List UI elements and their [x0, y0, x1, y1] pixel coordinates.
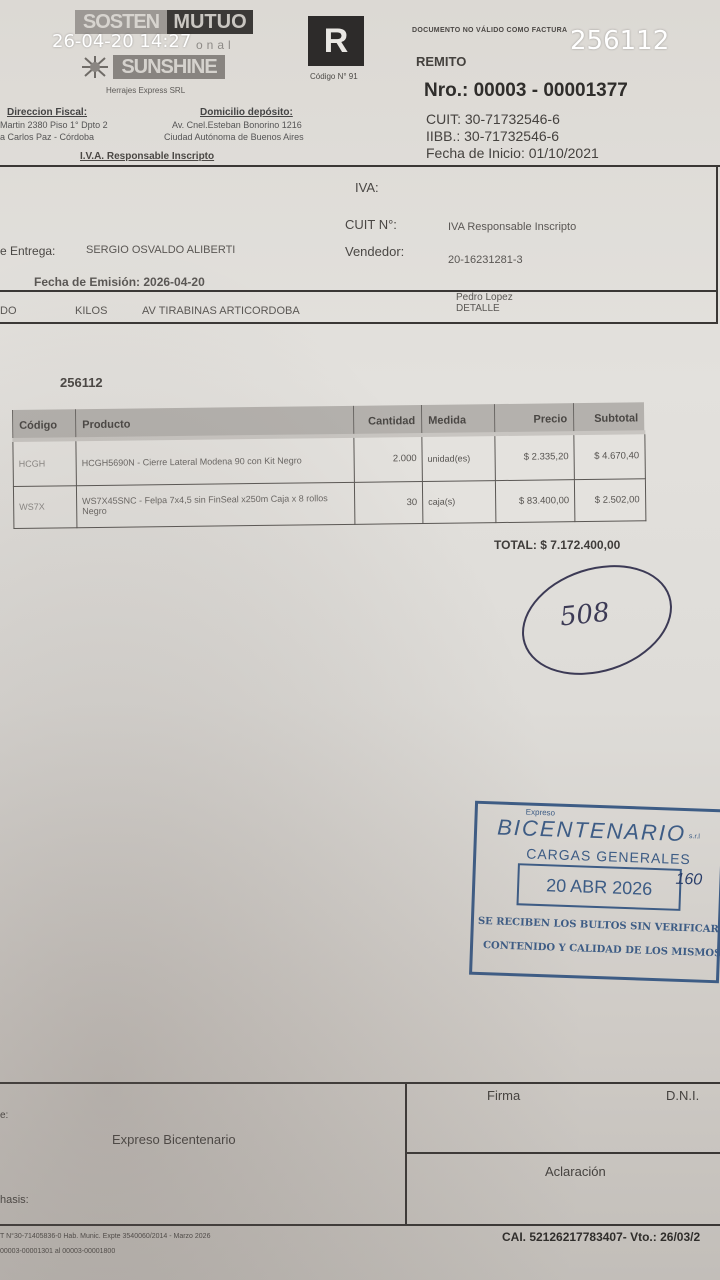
legal-line1: T N°30-71405836-0 Hab. Munic. Expte 3540…: [0, 1233, 210, 1240]
seller-value: 20-16231281-3: [448, 254, 523, 266]
header-subtotal: Subtotal: [573, 402, 644, 433]
cuit-label: CUIT N°:: [345, 217, 397, 232]
header-quantity: Cantidad: [353, 405, 421, 436]
item-quantity: 2.000: [354, 435, 423, 482]
header-unit: Medida: [421, 404, 494, 435]
reference-number: 256112: [60, 375, 103, 390]
carrier-stamp: Expreso BICENTENARIO s.r.l CARGAS GENERA…: [469, 801, 720, 984]
document-letter: R: [308, 16, 364, 66]
company-iibb: IIBB.: 30-71732546-6: [426, 128, 559, 144]
fiscal-address-line2: a Carlos Paz - Córdoba: [0, 132, 94, 142]
item-subtotal: $ 4.670,40: [574, 432, 645, 479]
stamp-date: 20 ABR 2026: [516, 863, 681, 911]
item-quantity: 30: [354, 481, 423, 524]
dni-label: D.N.I.: [666, 1088, 699, 1103]
handwritten-note: 508: [559, 597, 612, 632]
seller-name: Pedro Lopez: [456, 292, 513, 303]
table-row: WS7X WS7X45SNC - Felpa 7x4,5 sin FinSeal…: [13, 478, 645, 528]
clarification-label: Aclaración: [545, 1164, 606, 1179]
deposit-address-label: Domicilio depósito:: [200, 107, 293, 118]
divider: [0, 290, 718, 292]
capture-timestamp: 26-04-20 14:27: [52, 31, 191, 52]
item-product: HCGH5690N - Cierre Lateral Modena 90 con…: [76, 436, 355, 485]
divider: [0, 1224, 720, 1226]
table-row: HCGH HCGH5690N - Cierre Lateral Modena 9…: [13, 432, 645, 486]
fiscal-address-label: Direccion Fiscal:: [7, 107, 87, 118]
issue-date: Fecha de Emisión: 2026-04-20: [34, 275, 205, 289]
item-unit: unidad(es): [422, 434, 496, 481]
stamp-brand: BICENTENARIO: [497, 814, 687, 847]
iva-status: I.V.A. Responsable Inscripto: [80, 151, 214, 162]
image-number-overlay: 256112: [570, 26, 669, 56]
company-name: Herrajes Express SRL: [106, 86, 185, 95]
divider: [716, 165, 718, 323]
stamp-notice-line1: SE RECIBEN LOS BULTOS SIN VERIFICAR EL: [478, 916, 720, 936]
item-code: HCGH: [13, 439, 77, 486]
deposit-address-line1: Av. Cnel.Esteban Bonorino 1216: [172, 120, 302, 130]
row-info-col1: DO: [0, 305, 17, 317]
delivery-label: e Entrega:: [0, 244, 55, 258]
legal-line2: 00003-00001301 al 00003-00001800: [0, 1248, 115, 1255]
iva-label: IVA:: [355, 180, 379, 195]
document-type: REMITO: [416, 54, 466, 69]
item-unit: caja(s): [422, 480, 496, 523]
signature-label: Firma: [487, 1088, 520, 1103]
sun-logo-icon: [78, 54, 112, 80]
detail-label: DETALLE: [456, 303, 500, 314]
company-cuit: CUIT: 30-71732546-6: [426, 111, 560, 127]
fiscal-address-line1: Martin 2380 Piso 1° Dpto 2: [0, 120, 108, 130]
divider: [0, 322, 718, 324]
item-code: WS7X: [13, 485, 77, 528]
items-table: Código Producto Cantidad Medida Precio S…: [12, 402, 646, 528]
header-product: Producto: [75, 406, 353, 439]
logo-sunshine: SUNSHINE: [113, 55, 225, 79]
item-price: $ 83.400,00: [495, 479, 575, 522]
total-amount: TOTAL: $ 7.172.400,00: [494, 538, 620, 552]
delivery-recipient: SERGIO OSVALDO ALIBERTI: [86, 244, 235, 256]
start-date: Fecha de Inicio: 01/10/2021: [426, 145, 599, 161]
deposit-address-line2: Ciudad Autónoma de Buenos Aires: [164, 132, 304, 142]
not-valid-notice: DOCUMENTO NO VÁLIDO COMO FACTURA: [412, 27, 567, 34]
carrier-name: Expreso Bicentenario: [112, 1132, 236, 1147]
document-number: Nro.: 00003 - 00001377: [424, 80, 628, 102]
row-info-kilos: KILOS: [75, 305, 107, 317]
stamp-notice-line2: CONTENIDO Y CALIDAD DE LOS MISMOS: [483, 940, 720, 959]
header-code: Código: [12, 409, 75, 440]
divider: [407, 1152, 720, 1154]
cai-number: CAI. 52126217783407- Vto.: 26/03/2: [502, 1230, 700, 1244]
stamp-suffix: s.r.l: [689, 833, 700, 840]
item-price: $ 2.335,20: [495, 433, 575, 480]
stamp-hand-note: 160: [675, 871, 702, 890]
footer-left-label: e:: [0, 1110, 8, 1121]
chassis-label: hasis:: [0, 1194, 29, 1206]
item-product: WS7X45SNC - Felpa 7x4,5 sin FinSeal x250…: [76, 482, 354, 527]
seller-label: Vendedor:: [345, 244, 404, 259]
cuit-value: IVA Responsable Inscripto: [448, 221, 576, 233]
divider: [0, 165, 720, 167]
item-subtotal: $ 2.502,00: [574, 478, 645, 521]
logo-subtitle: onal: [196, 38, 235, 52]
divider: [0, 1082, 720, 1084]
row-info-address: AV TIRABINAS ARTICORDOBA: [142, 305, 300, 317]
document-code: Código N° 91: [310, 72, 358, 81]
header-price: Precio: [494, 403, 573, 434]
